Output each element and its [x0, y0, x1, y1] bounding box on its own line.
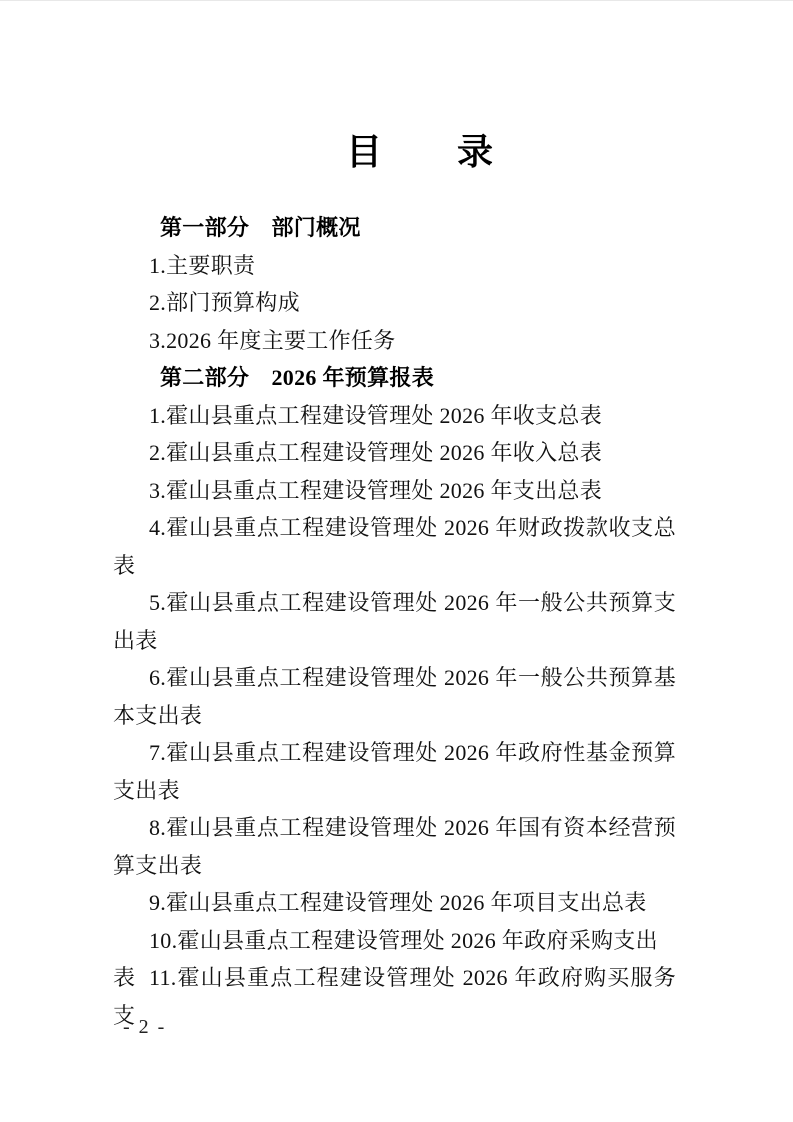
toc-item-line: 10.霍山县重点工程建设管理处 2026 年政府采购支出表 [113, 922, 676, 960]
toc-item-continuation-line: 出表 [113, 622, 676, 660]
toc-section-heading-part1: 第一部分 部门概况 [113, 209, 676, 247]
toc-content: 第一部分 部门概况 1.主要职责 2.部门预算构成 3.2026 年度主要工作任… [113, 209, 676, 997]
toc-item-line: 9.霍山县重点工程建设管理处 2026 年项目支出总表 [113, 884, 676, 922]
toc-item-line: 11.霍山县重点工程建设管理处 2026 年政府购买服务支 [113, 959, 676, 997]
toc-item-line: 7.霍山县重点工程建设管理处 2026 年政府性基金预算 [113, 734, 676, 772]
toc-item-line: 2.霍山县重点工程建设管理处 2026 年收入总表 [113, 434, 676, 472]
toc-item-continuation-line: 本支出表 [113, 697, 676, 735]
document-page: 目 录 第一部分 部门概况 1.主要职责 2.部门预算构成 3.2026 年度主… [0, 0, 793, 1122]
toc-item-continuation-line: 支出表 [113, 772, 676, 810]
toc-item-line: 5.霍山县重点工程建设管理处 2026 年一般公共预算支 [113, 584, 676, 622]
page-title: 目 录 [346, 131, 494, 173]
toc-item-line: 6.霍山县重点工程建设管理处 2026 年一般公共预算基 [113, 659, 676, 697]
toc-item-continuation-line: 算支出表 [113, 847, 676, 885]
toc-item-line: 8.霍山县重点工程建设管理处 2026 年国有资本经营预 [113, 809, 676, 847]
toc-item-line: 4.霍山县重点工程建设管理处 2026 年财政拨款收支总 [113, 509, 676, 547]
toc-item-line: 3.霍山县重点工程建设管理处 2026 年支出总表 [113, 472, 676, 510]
toc-item-line: 2.部门预算构成 [113, 284, 676, 322]
toc-item-line: 3.2026 年度主要工作任务 [113, 322, 676, 360]
toc-section-heading-part2: 第二部分 2026 年预算报表 [113, 359, 676, 397]
toc-item-line: 1.主要职责 [113, 247, 676, 285]
toc-item-continuation-line: 表 [113, 547, 676, 585]
page-number: - 2 - [123, 1013, 166, 1041]
toc-item-line: 1.霍山县重点工程建设管理处 2026 年收支总表 [113, 397, 676, 435]
